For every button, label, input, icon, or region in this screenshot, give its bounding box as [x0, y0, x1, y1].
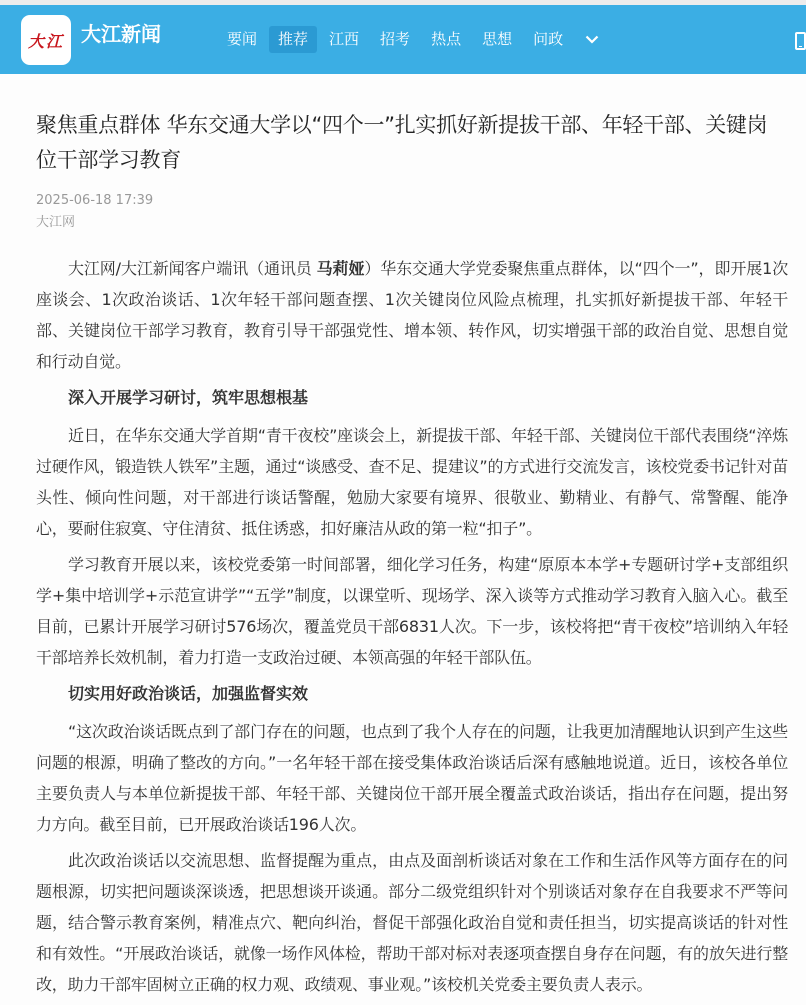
chevron-down-icon [585, 35, 599, 44]
site-header: 大江 大江新闻 要闻 推荐 江西 招考 热点 思想 问政 [0, 5, 806, 74]
reporter-name: 马莉娅 [317, 259, 365, 278]
nav-item-tuijian[interactable]: 推荐 [269, 26, 317, 53]
article-title: 聚焦重点群体 华东交通大学以“四个一”扎实抓好新提拔干部、年轻干部、关键岗位干部… [36, 108, 786, 178]
site-logo[interactable]: 大江 [21, 15, 71, 65]
nav-item-yaowen[interactable]: 要闻 [218, 26, 266, 53]
logo-mark: 大江 [28, 29, 64, 52]
nav-item-sixiang[interactable]: 思想 [473, 26, 521, 53]
main-nav: 要闻 推荐 江西 招考 热点 思想 问政 [218, 26, 607, 53]
article-header: 聚焦重点群体 华东交通大学以“四个一”扎实抓好新提拔干部、年轻干部、关键岗位干部… [36, 108, 786, 232]
nav-item-zhaokao[interactable]: 招考 [371, 26, 419, 53]
nav-item-jiangxi[interactable]: 江西 [320, 26, 368, 53]
body-paragraph: 学习教育开展以来，该校党委第一时间部署，细化学习任务，构建“原原本本学+专题研讨… [36, 549, 788, 673]
section-heading: 切实用好政治谈话，加强监督实效 [36, 678, 788, 709]
lead-paragraph: 大江网/大江新闻客户端讯（通讯员 马莉娅）华东交通大学党委聚焦重点群体，以“四个… [36, 253, 788, 377]
article-source: 大江网 [36, 214, 786, 232]
nav-item-redian[interactable]: 热点 [422, 26, 470, 53]
phone-icon[interactable] [795, 32, 806, 50]
brand-name[interactable]: 大江新闻 [81, 18, 161, 47]
body-paragraph: “这次政治谈话既点到了部门存在的问题，也点到了我个人存在的问题，让我更加清醒地认… [36, 716, 788, 840]
section-heading: 深入开展学习研讨，筑牢思想根基 [36, 382, 788, 413]
publish-date: 2025-06-18 17:39 [36, 192, 786, 210]
nav-item-wenzheng[interactable]: 问政 [524, 26, 572, 53]
nav-more-button[interactable] [577, 26, 607, 53]
body-paragraph: 近日，在华东交通大学首期“青干夜校”座谈会上，新提拔干部、年轻干部、关键岗位干部… [36, 420, 788, 544]
lead-prefix: 大江网/大江新闻客户端讯（通讯员 [68, 259, 317, 278]
body-paragraph: 此次政治谈话以交流思想、监督提醒为重点，由点及面剖析谈话对象在工作和生活作风等方… [36, 845, 788, 1000]
article-body: 大江网/大江新闻客户端讯（通讯员 马莉娅）华东交通大学党委聚焦重点群体，以“四个… [36, 253, 788, 1005]
